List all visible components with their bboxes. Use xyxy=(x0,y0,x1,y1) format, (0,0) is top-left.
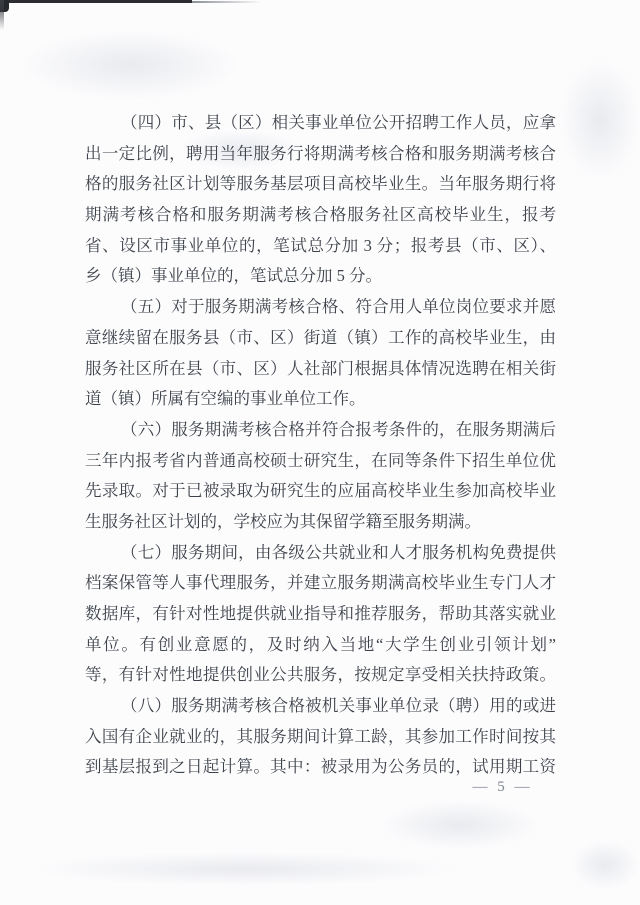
scan-artifact-top-line xyxy=(0,0,192,3)
text-line: 道（镇）所属有空编的事业单位工作。 xyxy=(85,384,556,415)
scan-artifact-top-line-fade xyxy=(192,1,262,3)
paragraph-item-4: （四）市、县（区）相关事业单位公开招聘工作人员，应拿 出一定比例，聘用当年服务行… xyxy=(85,108,556,292)
paragraph-item-8: （八）服务期满考核合格被机关事业单位录（聘）用的或进 入国有企业就业的，其服务期… xyxy=(85,691,556,783)
text-line: 格的服务社区计划等服务基层项目高校毕业生。当年服务期行将 xyxy=(85,169,556,200)
paragraph-item-6: （六）服务期满考核合格并符合报考条件的，在服务期满后 三年内报考省内普通高校硕士… xyxy=(85,415,556,538)
page-number: — 5 — xyxy=(450,779,555,796)
text-line: （五）对于服务期满考核合格、符合用人单位岗位要求并愿 xyxy=(85,292,556,323)
text-line: 档案保管等人事代理服务，并建立服务期满高校毕业生专门人才 xyxy=(85,568,556,599)
text-line: （七）服务期间，由各级公共就业和人才服务机构免费提供 xyxy=(85,538,556,569)
text-line: （八）服务期满考核合格被机关事业单位录（聘）用的或进 xyxy=(85,691,556,722)
text-line: 服务社区所在县（市、区）人社部门根据具体情况选聘在相关街 xyxy=(85,354,556,385)
text-line: 三年内报考省内普通高校硕士研究生，在同等条件下招生单位优 xyxy=(85,446,556,477)
text-line: （四）市、县（区）相关事业单位公开招聘工作人员，应拿 xyxy=(85,108,556,139)
text-line: 出一定比例，聘用当年服务行将期满考核合格和服务期满考核合 xyxy=(85,139,556,170)
scan-texture-blob xyxy=(570,840,640,890)
text-line: 数据库，有针对性地提供就业指导和推荐服务，帮助其落实就业 xyxy=(85,599,556,630)
text-line: 省、设区市事业单位的，笔试总分加 3 分；报考县（市、区）、 xyxy=(85,231,556,262)
text-line: 意继续留在服务县（市、区）街道（镇）工作的高校毕业生，由 xyxy=(85,323,556,354)
text-line: 乡（镇）事业单位的，笔试总分加 5 分。 xyxy=(85,261,556,292)
scan-texture-blob xyxy=(560,60,640,180)
scan-artifact-left-strip xyxy=(0,0,4,30)
text-line: 入国有企业就业的，其服务期间计算工龄，其参加工作时间按其 xyxy=(85,722,556,753)
text-line: （六）服务期满考核合格并符合报考条件的，在服务期满后 xyxy=(85,415,556,446)
text-line: 等，有针对性地提供创业公共服务，按规定享受相关扶持政策。 xyxy=(85,660,556,691)
document-text-block: （四）市、县（区）相关事业单位公开招聘工作人员，应拿 出一定比例，聘用当年服务行… xyxy=(85,108,556,783)
text-line: 单位。有创业意愿的，及时纳入当地“大学生创业引领计划” xyxy=(85,630,556,661)
scanned-document-page: { "colors": { "background": "#fcfcfd", "… xyxy=(0,0,640,905)
text-line: 生服务社区计划的，学校应为其保留学籍至服务期满。 xyxy=(85,507,556,538)
scan-texture-blob xyxy=(380,800,540,850)
paragraph-item-5: （五）对于服务期满考核合格、符合用人单位岗位要求并愿 意继续留在服务县（市、区）… xyxy=(85,292,556,415)
text-line: 先录取。对于已被录取为研究生的应届高校毕业生参加高校毕业 xyxy=(85,476,556,507)
text-line: 期满考核合格和服务期满考核合格服务社区高校毕业生，报考 xyxy=(85,200,556,231)
scan-texture-blob xyxy=(20,30,240,100)
scan-texture-blob xyxy=(30,852,460,886)
paragraph-item-7: （七）服务期间，由各级公共就业和人才服务机构免费提供 档案保管等人事代理服务，并… xyxy=(85,538,556,691)
